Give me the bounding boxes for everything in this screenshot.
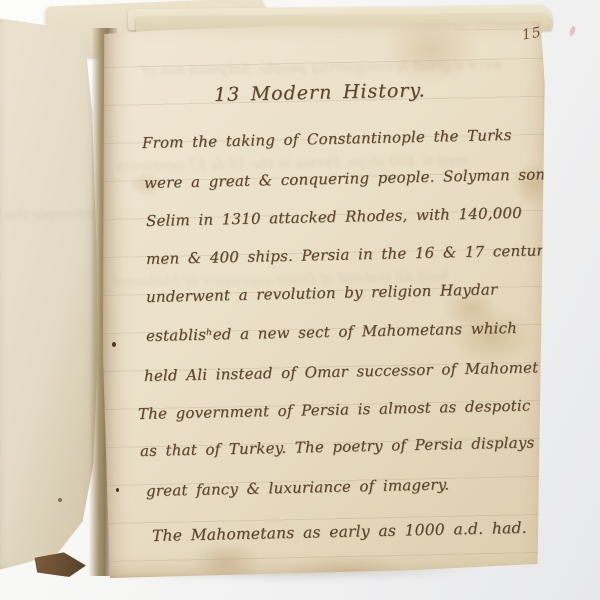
manuscript-photo: From the taking of Constantinople the Tu… [0,0,600,600]
page-number: 15 [521,24,543,43]
manuscript-line: men & 400 ships. Persia in the 16 & 17 c… [146,241,566,268]
manuscript-line: The government of Persia is almost as de… [138,396,531,423]
manuscript-line: were a great & conquering people. Solyma… [144,165,569,192]
manuscript-line: held Ali instead of Omar successor of Ma… [144,358,539,385]
manuscript-line: underwent a revolution by religion Hayda… [146,280,498,306]
manuscript-line: From the taking of Constantinople the Tu… [142,126,512,152]
ink-speck [112,342,116,347]
manuscript-line: Selim in 1310 attacked Rhodes, with 140,… [146,204,522,230]
bleedthrough-line: were a great & conquering people. Solyma… [142,57,504,79]
ink-speck [58,498,62,502]
manuscript-page: were a great & conquering people. Solyma… [102,16,546,578]
manuscript-line: The Mahometans as early as 1000 a.d. had… [152,519,527,545]
manuscript-line: as that of Turkey. The poetry of Persia … [140,433,535,460]
manuscript-line: establisʰed a new sect of Mahometans whi… [146,319,517,345]
manuscript-line: great fancy & luxuriance of imagery. [146,475,450,500]
page-title: 13 Modern History. [214,79,426,106]
photo-artifact [569,25,577,36]
ink-speck [116,488,119,492]
